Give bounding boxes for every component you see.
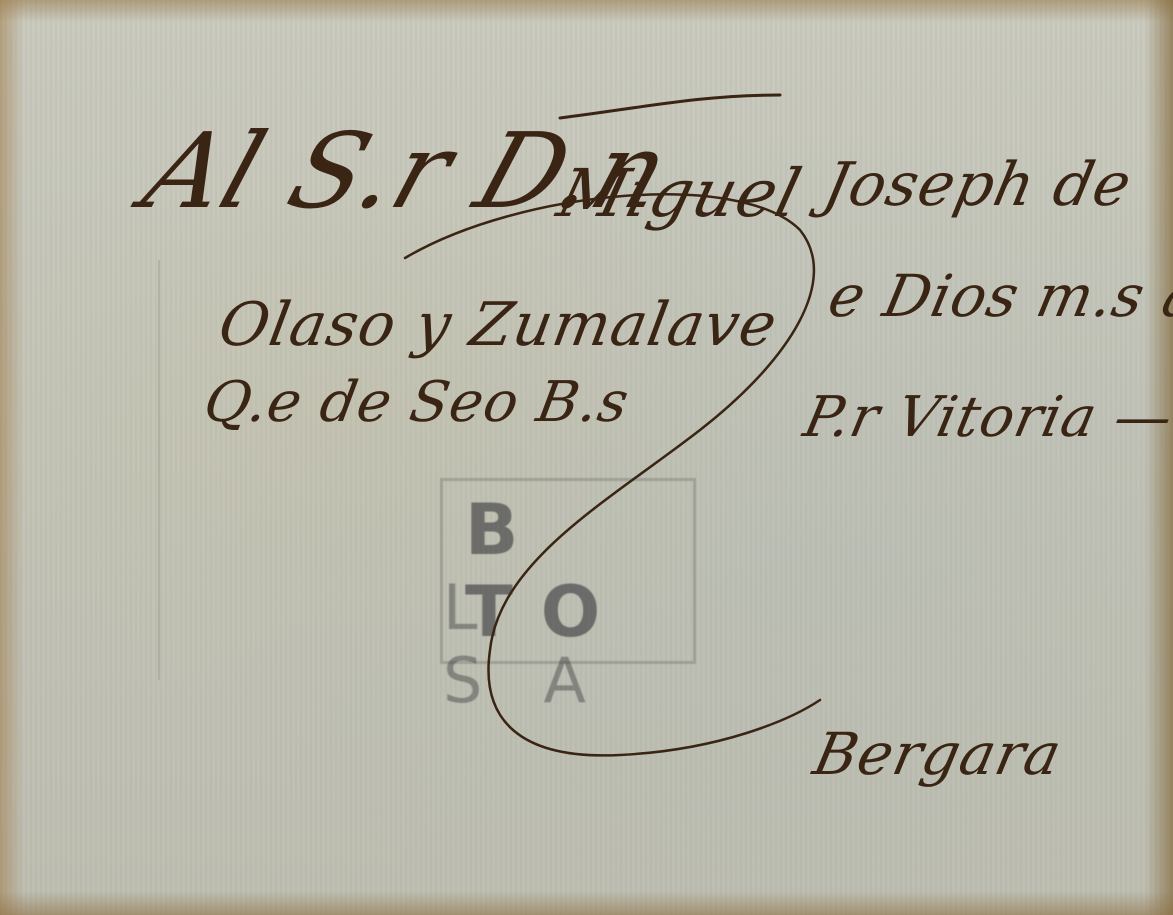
address-blessing: e Dios m.s a.s, (823, 262, 1173, 330)
address-closing: Q.e de Seo B.s (199, 370, 634, 435)
letter-sheet: B TO L SA Al S.r D.n Miguel Joseph de Ol… (0, 0, 1173, 915)
address-surname: Olaso y Zumalave (214, 290, 783, 360)
address-first-name: Miguel (550, 155, 809, 232)
address-destination: Bergara (808, 720, 1068, 788)
address-middle-name: Joseph de (818, 150, 1138, 220)
address-route: P.r Vitoria — (798, 385, 1173, 450)
